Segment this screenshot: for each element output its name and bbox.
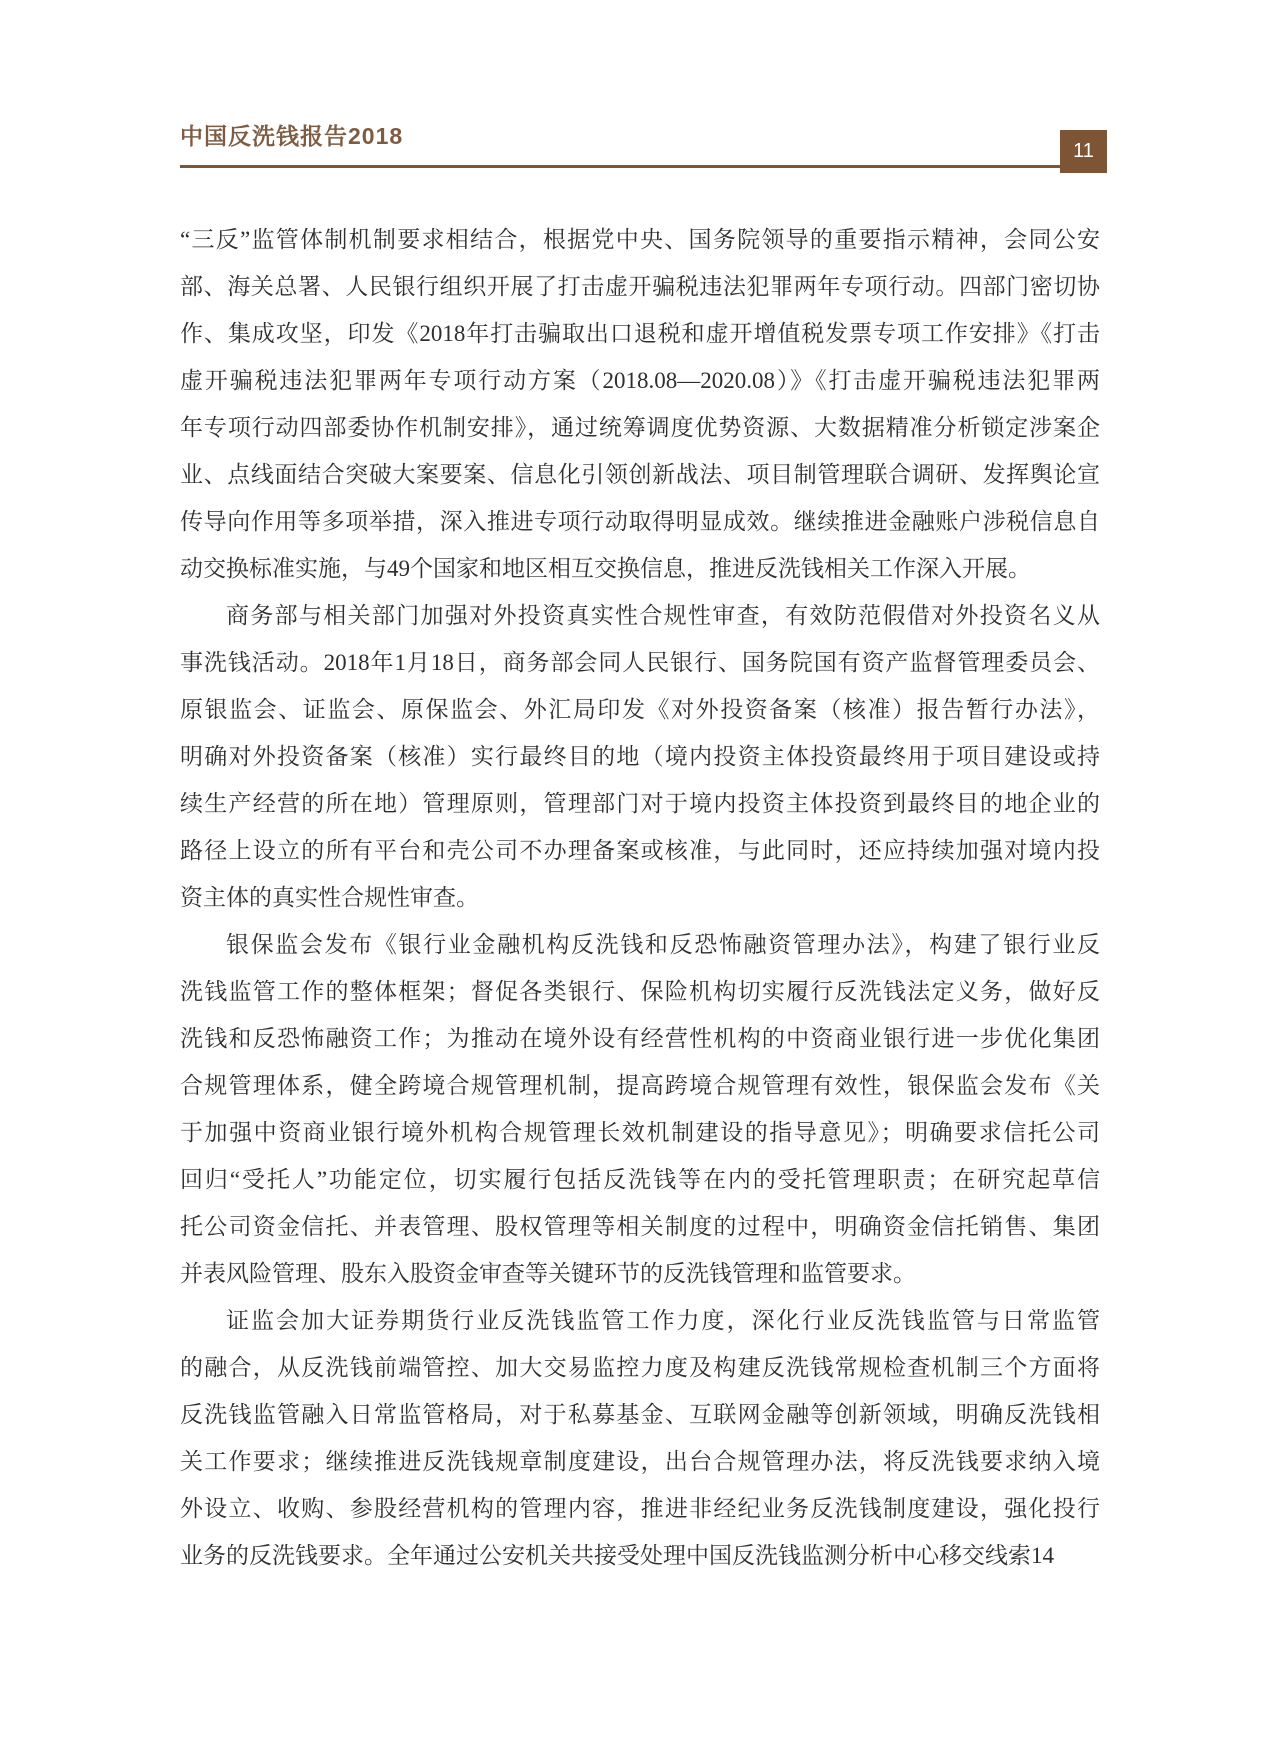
text-line: 的融合，从反洗钱前端管控、加大交易监控力度及构建反洗钱常规检查机制三个方面将 — [180, 1344, 1100, 1391]
page-number-badge: 11 — [1060, 130, 1107, 173]
text-line: 托公司资金信托、并表管理、股权管理等相关制度的过程中，明确资金信托销售、集团 — [180, 1203, 1100, 1250]
text-line: 资主体的真实性合规性审查。 — [180, 874, 1100, 921]
document-page: 中国反洗钱报告2018 11 “三反”监管体制机制要求相结合，根据党中央、国务院… — [0, 0, 1280, 1737]
text-line: 路径上设立的所有平台和壳公司不办理备案或核准，与此同时，还应持续加强对境内投 — [180, 827, 1100, 874]
text-line: 银保监会发布《银行业金融机构反洗钱和反恐怖融资管理办法》，构建了银行业反 — [180, 921, 1100, 968]
text-line: 洗钱和反恐怖融资工作；为推动在境外设有经营性机构的中资商业银行进一步优化集团 — [180, 1015, 1100, 1062]
text-line: 外设立、收购、参股经营机构的管理内容，推进非经纪业务反洗钱制度建设，强化投行 — [180, 1485, 1100, 1532]
text-line: 续生产经营的所在地）管理原则，管理部门对于境内投资主体投资到最终目的地企业的 — [180, 780, 1100, 827]
page-title: 中国反洗钱报告2018 — [180, 123, 403, 149]
text-line: 业、点线面结合突破大案要案、信息化引领创新战法、项目制管理联合调研、发挥舆论宣 — [180, 451, 1100, 498]
body-text: “三反”监管体制机制要求相结合，根据党中央、国务院领导的重要指示精神，会同公安部… — [180, 216, 1100, 1579]
text-line: 于加强中资商业银行境外机构合规管理长效机制建设的指导意见》；明确要求信托公司 — [180, 1109, 1100, 1156]
text-line: 洗钱监管工作的整体框架；督促各类银行、保险机构切实履行反洗钱法定义务，做好反 — [180, 968, 1100, 1015]
text-line: 事洗钱活动。2018年1月18日，商务部会同人民银行、国务院国有资产监督管理委员… — [180, 639, 1100, 686]
text-line: 动交换标准实施，与49个国家和地区相互交换信息，推进反洗钱相关工作深入开展。 — [180, 545, 1100, 592]
text-line: 部、海关总署、人民银行组织开展了打击虚开骗税违法犯罪两年专项行动。四部门密切协 — [180, 263, 1100, 310]
text-line: 作、集成攻坚，印发《2018年打击骗取出口退税和虚开增值税发票专项工作安排》《打… — [180, 310, 1100, 357]
text-line: 关工作要求；继续推进反洗钱规章制度建设，出台合规管理办法，将反洗钱要求纳入境 — [180, 1438, 1100, 1485]
text-line: 证监会加大证券期货行业反洗钱监管工作力度，深化行业反洗钱监管与日常监管 — [180, 1297, 1100, 1344]
text-line: 商务部与相关部门加强对外投资真实性合规性审查，有效防范假借对外投资名义从 — [180, 592, 1100, 639]
text-line: 传导向作用等多项举措，深入推进专项行动取得明显成效。继续推进金融账户涉税信息自 — [180, 498, 1100, 545]
text-line: 虚开骗税违法犯罪两年专项行动方案（2018.08—2020.08）》《打击虚开骗… — [180, 357, 1100, 404]
text-line: 反洗钱监管融入日常监管格局，对于私募基金、互联网金融等创新领域，明确反洗钱相 — [180, 1391, 1100, 1438]
text-line: 业务的反洗钱要求。全年通过公安机关共接受处理中国反洗钱监测分析中心移交线索14 — [180, 1532, 1100, 1579]
text-line: 并表风险管理、股东入股资金审查等关键环节的反洗钱管理和监管要求。 — [180, 1250, 1100, 1297]
text-line: 原银监会、证监会、原保监会、外汇局印发《对外投资备案（核准）报告暂行办法》， — [180, 686, 1100, 733]
header-rule — [180, 165, 1060, 168]
text-line: 明确对外投资备案（核准）实行最终目的地（境内投资主体投资最终用于项目建设或持 — [180, 733, 1100, 780]
text-line: 合规管理体系，健全跨境合规管理机制，提高跨境合规管理有效性，银保监会发布《关 — [180, 1062, 1100, 1109]
text-line: 回归“受托人”功能定位，切实履行包括反洗钱等在内的受托管理职责；在研究起草信 — [180, 1156, 1100, 1203]
text-line: “三反”监管体制机制要求相结合，根据党中央、国务院领导的重要指示精神，会同公安 — [180, 216, 1100, 263]
text-line: 年专项行动四部委协作机制安排》，通过统筹调度优势资源、大数据精准分析锁定涉案企 — [180, 404, 1100, 451]
